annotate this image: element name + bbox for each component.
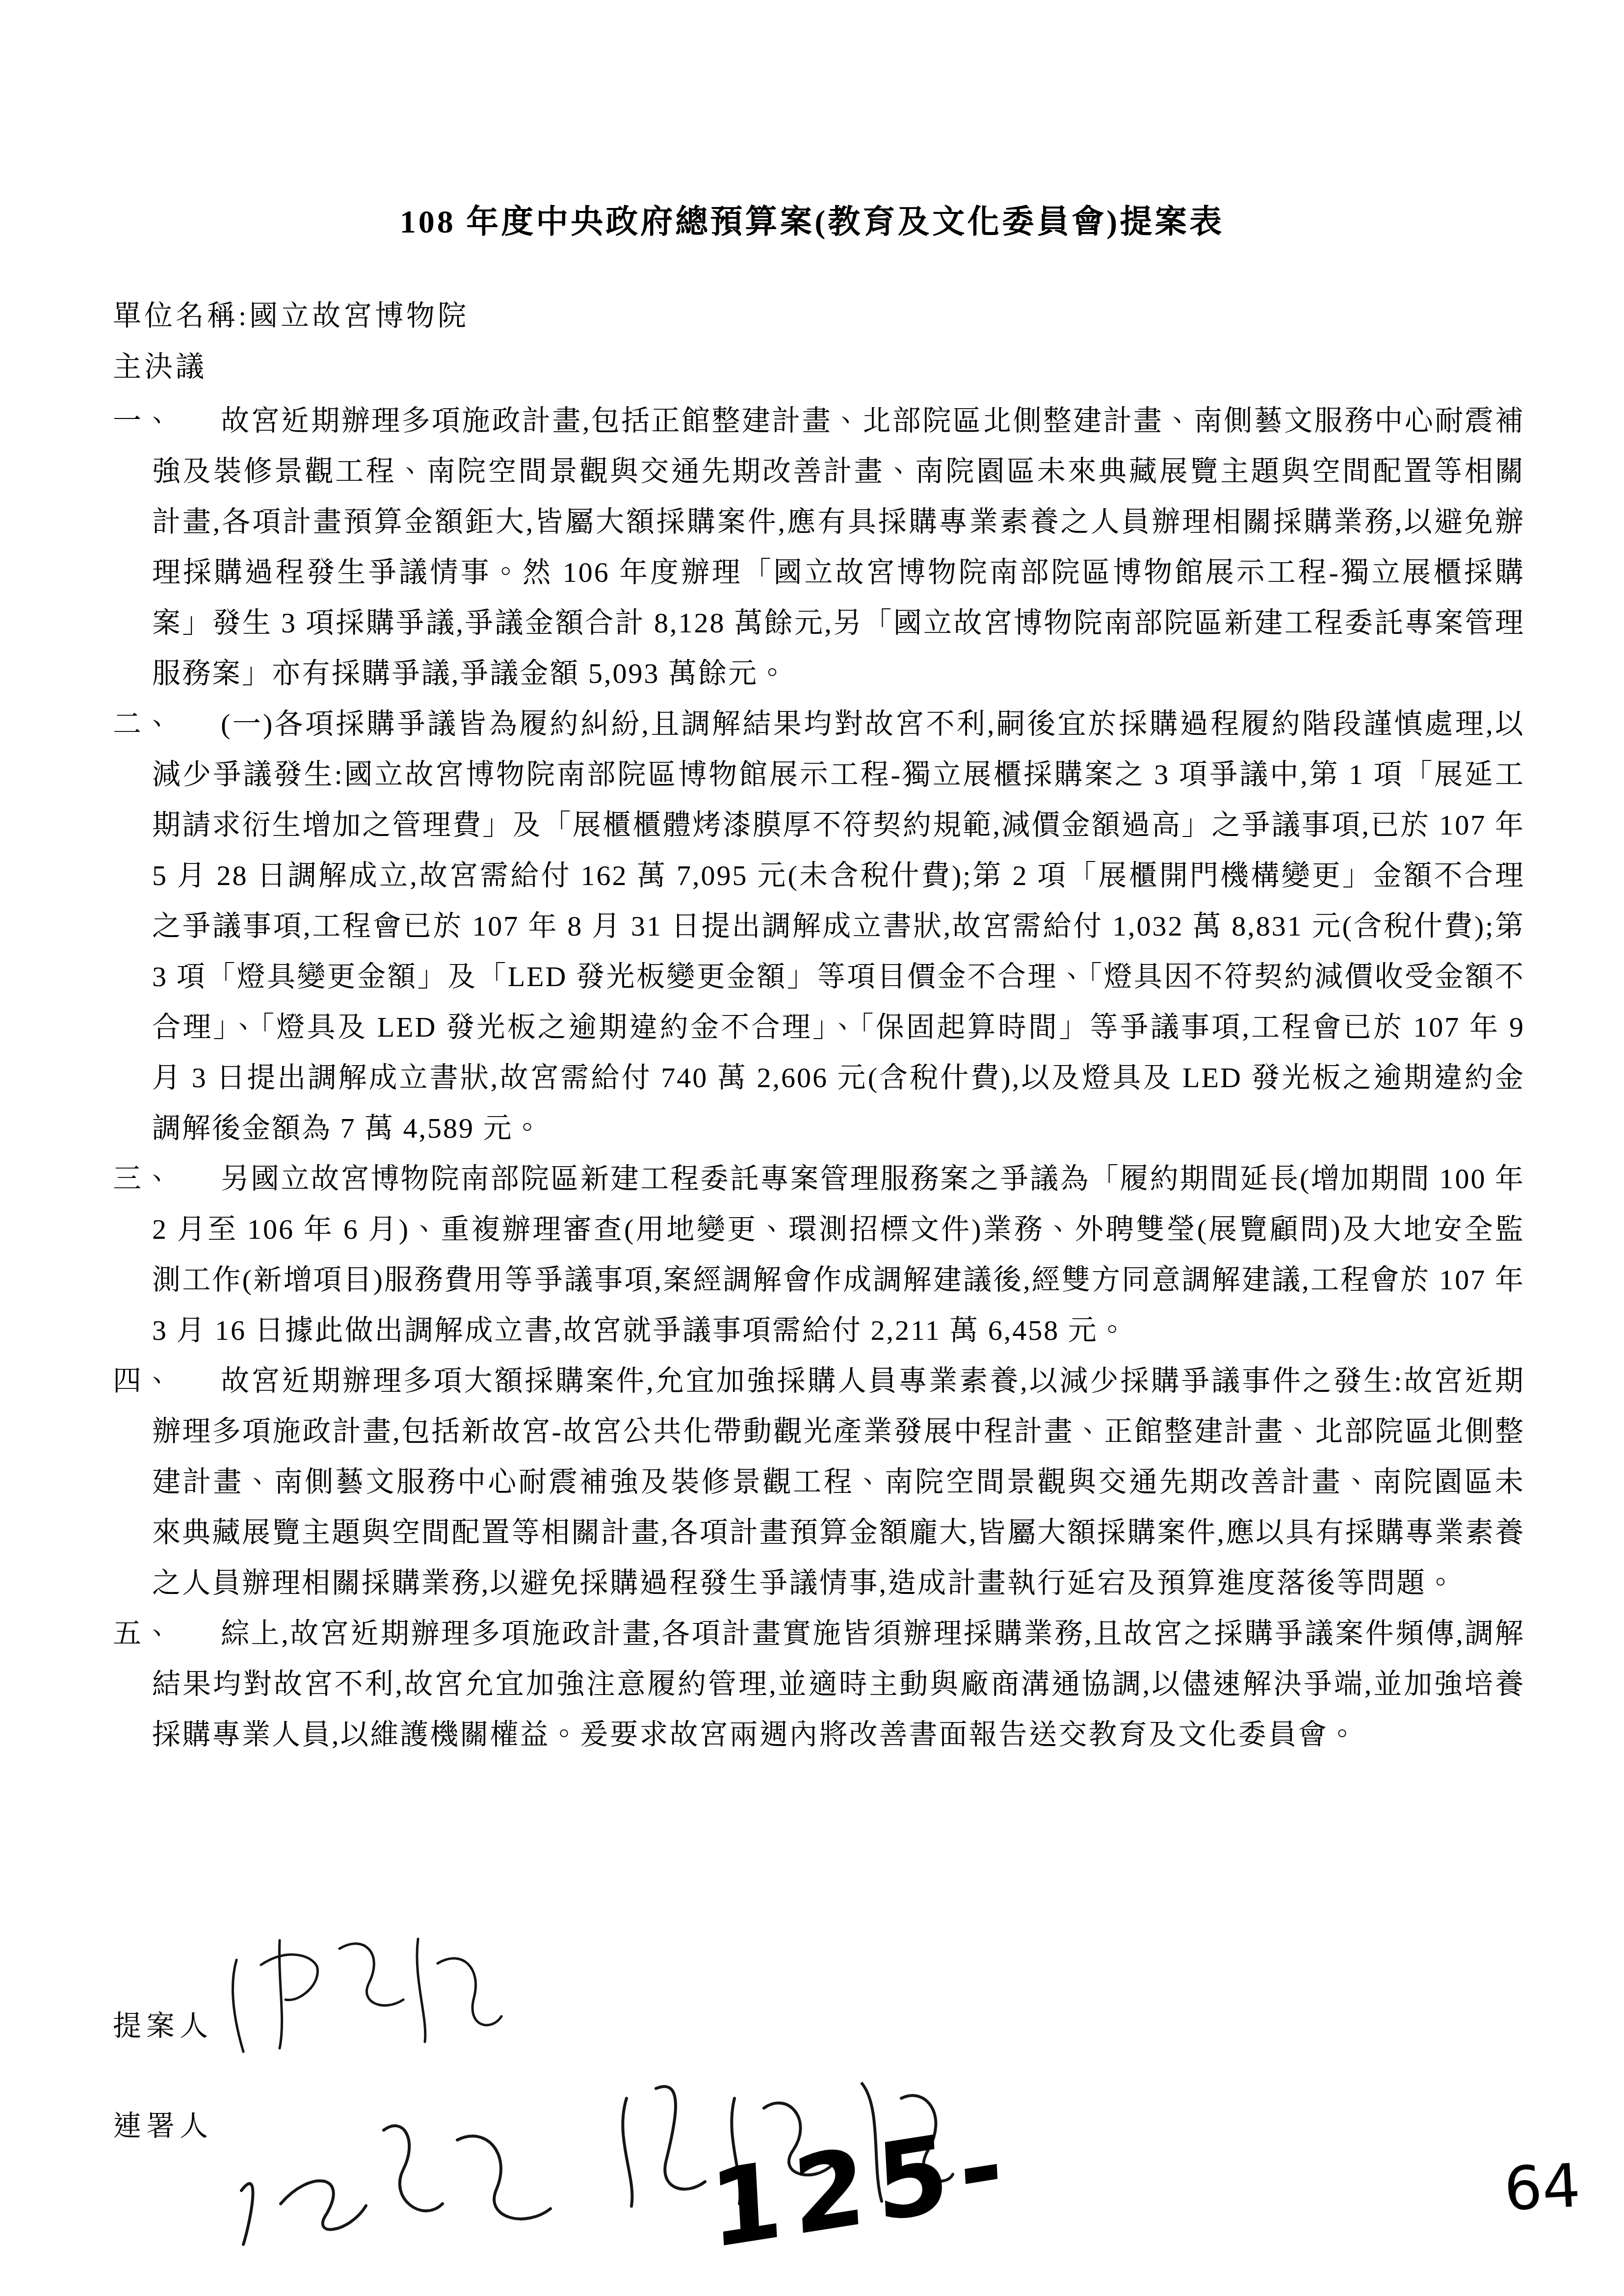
main-resolution-label: 主決議: [113, 343, 207, 385]
item-number-label: 一、: [113, 395, 174, 446]
item-text: (一)各項採購爭議皆為履約糾紛,且調解結果均對故宮不利,嗣後宜於採購過程履約階段…: [152, 699, 1525, 1153]
handwritten-page-number: 64: [1502, 2151, 1582, 2224]
proposer-signature-handwriting: [206, 1918, 520, 2070]
item-number-label: 二、: [113, 699, 174, 749]
item-text: 綜上,故宮近期辦理多項施政計畫,各項計畫實施皆須辦理採購業務,且故宮之採購爭議案…: [152, 1608, 1525, 1760]
document-page: 108 年度中央政府總預算案(教育及文化委員會)提案表 單位名稱:國立故宮博物院…: [0, 0, 1624, 2296]
resolution-list: 一、 故宮近期辦理多項施政計畫,包括正館整建計畫、北部院區北側整建計畫、南側藝文…: [113, 395, 1525, 1760]
item-text: 另國立故宮博物院南部院區新建工程委託專案管理服務案之爭議為「履約期間延長(增加期…: [152, 1153, 1525, 1356]
proposer-label: 提案人: [113, 2003, 213, 2044]
item-number-label: 四、: [113, 1356, 174, 1406]
item-number-label: 三、: [113, 1153, 174, 1204]
unit-name-line: 單位名稱:國立故宮博物院: [113, 292, 469, 334]
item-number-label: 五、: [113, 1608, 174, 1659]
proposal-item-2: 二、 (一)各項採購爭議皆為履約糾紛,且調解結果均對故宮不利,嗣後宜於採購過程履…: [113, 699, 1525, 1153]
page-title: 108 年度中央政府總預算案(教育及文化委員會)提案表: [0, 195, 1624, 242]
cosigner-signature-1-handwriting: [221, 2090, 564, 2262]
item-text: 故宮近期辦理多項大額採購案件,允宜加強採購人員專業素養,以減少採購爭議事件之發生…: [152, 1356, 1525, 1608]
item-text: 故宮近期辦理多項施政計畫,包括正館整建計畫、北部院區北側整建計畫、南側藝文服務中…: [152, 395, 1525, 699]
cosigner-label: 連署人: [113, 2103, 213, 2144]
proposal-item-4: 四、 故宮近期辦理多項大額採購案件,允宜加強採購人員專業素養,以減少採購爭議事件…: [113, 1356, 1525, 1608]
proposal-item-3: 三、 另國立故宮博物院南部院區新建工程委託專案管理服務案之爭議為「履約期間延長(…: [113, 1153, 1525, 1356]
proposal-item-1: 一、 故宮近期辦理多項施政計畫,包括正館整建計畫、北部院區北側整建計畫、南側藝文…: [113, 395, 1525, 699]
proposal-item-5: 五、 綜上,故宮近期辦理多項施政計畫,各項計畫實施皆須辦理採購業務,且故宮之採購…: [113, 1608, 1525, 1760]
